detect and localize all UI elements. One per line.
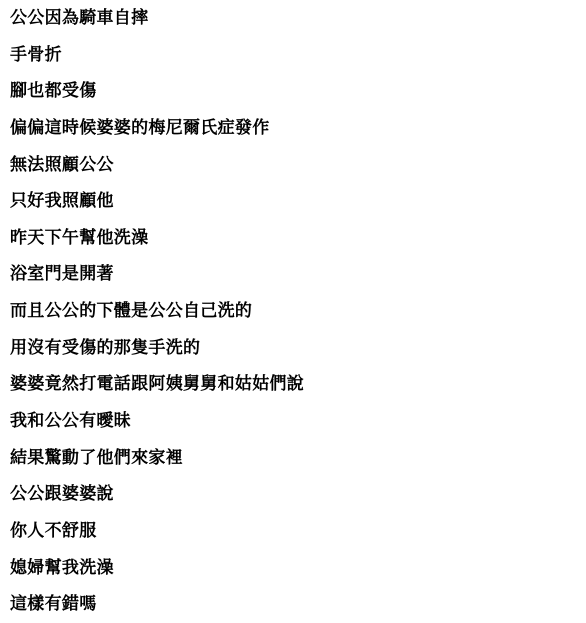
post-line: 腳也都受傷: [10, 73, 570, 110]
post-line: 結果驚動了他們來家裡: [10, 440, 570, 477]
post-line: 你人不舒服: [10, 513, 570, 550]
post-line: 用沒有受傷的那隻手洗的: [10, 330, 570, 367]
post-page: 公公因為騎車自摔 手骨折 腳也都受傷 偏偏這時候婆婆的梅尼爾氏症發作 無法照顧公…: [0, 0, 586, 623]
post-line: 公公因為騎車自摔: [10, 0, 570, 37]
post-body: 公公因為騎車自摔 手骨折 腳也都受傷 偏偏這時候婆婆的梅尼爾氏症發作 無法照顧公…: [0, 0, 586, 623]
post-line: 手骨折: [10, 37, 570, 74]
post-line: 只好我照顧他: [10, 183, 570, 220]
post-line: 媳婦幫我洗澡: [10, 550, 570, 587]
post-line: 婆婆竟然打電話跟阿姨舅舅和姑姑們說: [10, 366, 570, 403]
post-line: 昨天下午幫他洗澡: [10, 220, 570, 257]
post-line: 偏偏這時候婆婆的梅尼爾氏症發作: [10, 110, 570, 147]
post-line: 我和公公有曖昧: [10, 403, 570, 440]
post-line: 這樣有錯嗎: [10, 586, 570, 623]
post-line: 公公跟婆婆說: [10, 476, 570, 513]
post-line: 無法照顧公公: [10, 147, 570, 184]
post-line: 浴室門是開著: [10, 256, 570, 293]
post-line: 而且公公的下體是公公自己洗的: [10, 293, 570, 330]
